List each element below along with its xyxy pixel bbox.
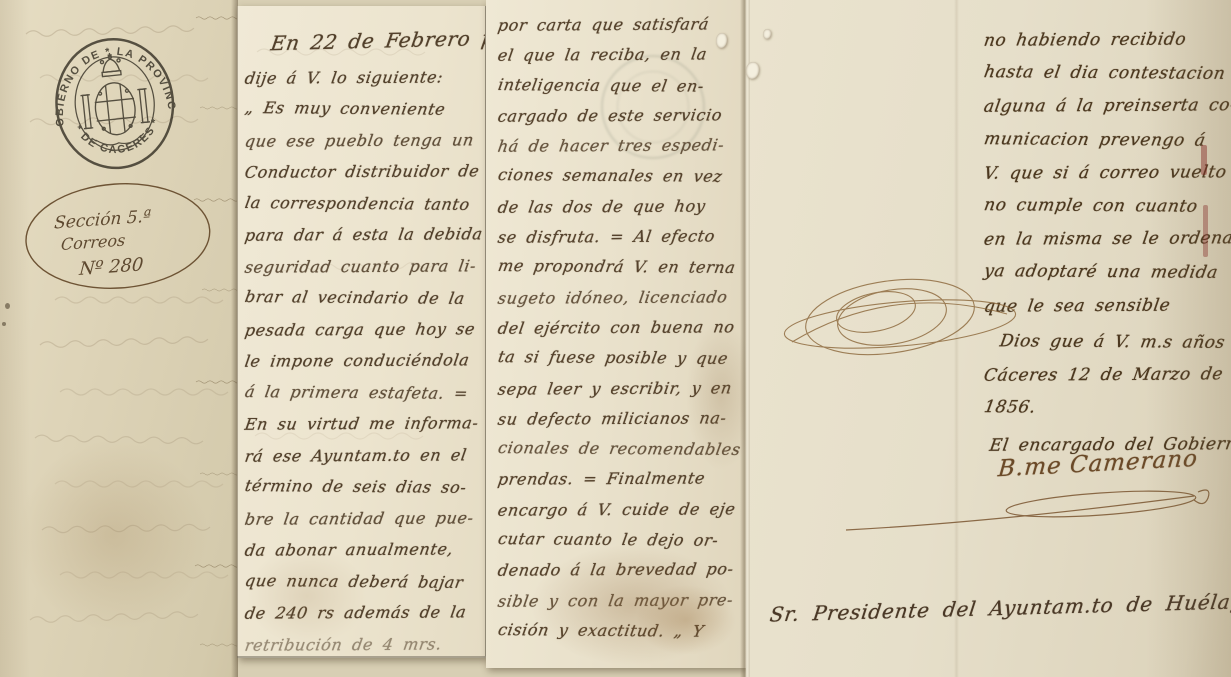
manuscript-line: retribución de 4 mrs. [242, 628, 483, 658]
manuscript-line: la correspondencia tanto [243, 186, 484, 220]
manuscript-line: pesada carga que hoy se [242, 313, 483, 346]
manuscript-line: denado á la brevedad po- [496, 555, 743, 587]
registry-branch-label: Correos [60, 230, 126, 254]
page-right: no habiendo recibidohasta el dia contest… [746, 0, 1231, 677]
manuscript-line: seguridad cuanto para li- [242, 250, 483, 283]
manuscript-line: que ese pueblo tenga un [242, 124, 483, 157]
manuscript-page-3: por carta que satisfaráel que la reciba,… [486, 0, 746, 668]
manuscript-line: se disfruta. = Al efecto [496, 221, 743, 253]
scanned-letter-document: GOBIERNO DE * LA PROVINCIA * DE CACERES … [0, 0, 1231, 677]
manuscript-line: ta si fuese posible y que [496, 342, 743, 374]
manuscript-line: „ Es muy conveniente [243, 92, 484, 126]
manuscript-line: no habiendo recibido [981, 23, 1226, 58]
addressee-line: Sr. Presidente del Ayuntam.to de Huélaga [769, 590, 1231, 627]
manuscript-line: sible y con la mayor pre- [496, 585, 743, 617]
manuscript-line: municacion prevengo á [981, 123, 1226, 158]
registry-number-label: Nº 280 [78, 254, 145, 280]
manuscript-line: hasta el dia contestacion [981, 56, 1226, 91]
manuscript-line: sugeto idóneo, licenciado [496, 282, 743, 314]
manuscript-line: que nunca deberá bajar [243, 564, 484, 598]
manuscript-line: de 240 rs además de la [242, 596, 483, 629]
page-4-text: no habiendo recibidohasta el dia contest… [984, 24, 1224, 463]
manuscript-line: cisión y exactitud. „ Y [496, 615, 743, 647]
signature-flourish [846, 478, 1216, 538]
manuscript-line: sepa leer y escribir, y en [496, 373, 743, 405]
page-3-text: por carta que satisfaráel que la reciba,… [498, 10, 740, 646]
rubric-flourish [772, 262, 1022, 372]
manuscript-line: brar al vecindario de la [243, 281, 484, 315]
manuscript-line: há de hacer tres espedi- [496, 130, 743, 162]
manuscript-line: ciones semanales en vez [496, 161, 743, 193]
manuscript-line: de las dos de que hoy [496, 191, 743, 223]
registry-section-label: Sección 5.ª [54, 207, 152, 234]
registry-oval-annotation: Sección 5.ª Correos Nº 280 [18, 176, 218, 300]
manuscript-line: En 22 de Febrero pp.º [242, 23, 484, 64]
manuscript-line: rá ese Ayuntam.to en el [242, 439, 483, 472]
manuscript-line: En su virtud me informa- [242, 407, 483, 440]
manuscript-line: á la primera estafeta. = [243, 375, 484, 409]
page-2-text: En 22 de Febrero pp.ºdije á V. lo siguie… [245, 26, 481, 658]
manuscript-line: alguna á la preinserta co- [981, 90, 1226, 125]
manuscript-line: su defecto milicianos na- [496, 403, 743, 435]
manuscript-line: encargo á V. cuide de eje [496, 494, 743, 526]
manuscript-line: me propondrá V. en terna [496, 251, 743, 283]
manuscript-line: término de seis dias so- [243, 470, 484, 504]
manuscript-line: cargado de este servicio [496, 100, 743, 132]
manuscript-line: bre la cantidad que pue- [242, 502, 483, 535]
manuscript-line: da abonar anualmente, [242, 533, 483, 566]
provincial-government-stamp-icon: GOBIERNO DE * LA PROVINCIA * DE CACERES … [45, 28, 183, 175]
manuscript-line: 1856. [981, 391, 1226, 426]
manuscript-line: inteligencia que el en- [496, 70, 743, 102]
manuscript-line: del ejército con buena no [496, 312, 743, 344]
pinhole [2, 322, 6, 326]
manuscript-line: Conductor distribuidor de [242, 155, 483, 188]
manuscript-line: no cumple con cuanto [981, 189, 1226, 224]
manuscript-line: cutar cuanto le dejo or- [496, 524, 743, 556]
manuscript-page-2: En 22 de Febrero pp.ºdije á V. lo siguie… [237, 6, 487, 658]
manuscript-line: cionales de recomendables [496, 433, 743, 465]
manuscript-line: prendas. = Finalmente [496, 464, 743, 496]
manuscript-line: por carta que satisfará [496, 9, 743, 41]
pinhole [5, 303, 10, 309]
page-left-blank: GOBIERNO DE * LA PROVINCIA * DE CACERES … [0, 0, 238, 677]
manuscript-line: le impone conduciéndola [242, 344, 483, 377]
manuscript-line: para dar á esta la debida [242, 218, 483, 251]
manuscript-line: dije á V. lo siguiente: [242, 61, 483, 94]
manuscript-line: el que la reciba, en la [496, 40, 743, 72]
manuscript-line: V. que si á correo vuelto [981, 156, 1226, 191]
manuscript-line: en la misma se le ordena [981, 222, 1226, 257]
